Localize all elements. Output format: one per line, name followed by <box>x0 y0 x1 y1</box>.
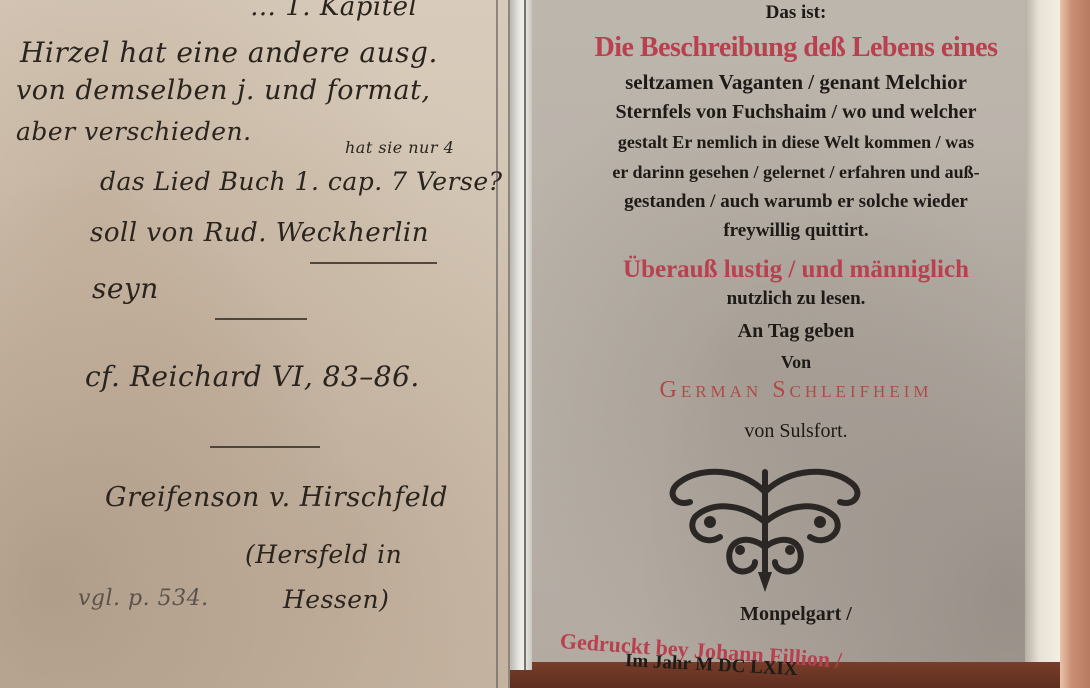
an-tag-geben: An Tag geben <box>532 320 1060 343</box>
separator-rule-2 <box>210 446 320 448</box>
subtitle-red: Überauß lustig / und männiglich <box>532 256 1060 284</box>
title-body-line-1: seltzamen Vaganten / genant Melchior <box>532 70 1060 95</box>
title-body-line-6: freywillig quittirt. <box>532 220 1060 242</box>
author-place: von Sulsfort. <box>532 420 1060 443</box>
imprint-place: Monpelgart / <box>532 603 1060 626</box>
handwritten-line-4: das Lied Buch 1. cap. 7 Verse? <box>100 167 503 196</box>
title-main-red: Die Beschreibung deß Lebens eines <box>532 32 1060 64</box>
book-photo: … 1. Kapitel Hirzel hat eine andere ausg… <box>0 0 1090 688</box>
underline-rule <box>310 262 437 264</box>
title-body-line-5: gestanden / auch warumb er solche wieder <box>532 191 1060 213</box>
handwritten-line-6: seyn <box>92 272 159 305</box>
handwritten-line-8: Greifenson v. Hirschfeld <box>105 482 448 513</box>
title-body-line-4: er darinn gesehen / gelernet / erfahren … <box>532 162 1060 183</box>
handwritten-line-top: … 1. Kapitel <box>250 0 417 22</box>
title-header: Das ist: <box>532 2 1060 24</box>
handwritten-line-10: Hessen) <box>283 585 389 614</box>
book-gutter <box>510 0 532 670</box>
title-body-line-3: gestalt Er nemlich in diese Welt kommen … <box>532 132 1060 153</box>
handwritten-line-11: vgl. p. 534. <box>78 586 209 611</box>
handwritten-line-7: cf. Reichard VI, 83–86. <box>85 360 420 393</box>
handwritten-line-2: von demselben j. und format, <box>16 75 431 106</box>
handwritten-line-9: (Hersfeld in <box>245 540 402 569</box>
handwritten-line-3: aber verschieden. <box>16 117 252 146</box>
subtitle-black: nutzlich zu lesen. <box>532 288 1060 310</box>
von-label: Von <box>532 352 1060 373</box>
handwritten-line-5: soll von Rud. Weckherlin <box>90 218 429 248</box>
author-name-red: German Schleifheim <box>532 377 1060 404</box>
handwritten-note: hat sie nur 4 <box>345 138 454 157</box>
background-surface <box>1060 0 1090 688</box>
title-body-line-2: Sternfels von Fuchshaim / wo und welcher <box>532 101 1060 124</box>
fleur-ornament-icon <box>660 462 870 592</box>
handwritten-line-1: Hirzel hat eine andere ausg. <box>20 36 438 69</box>
separator-rule-1 <box>215 318 307 320</box>
